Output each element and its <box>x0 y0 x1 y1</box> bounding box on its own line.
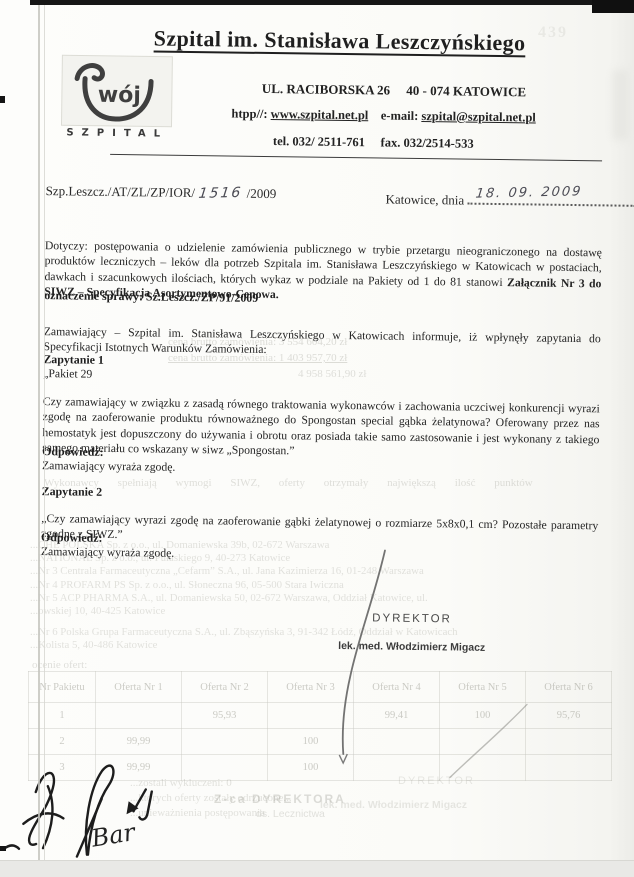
handwritten-initials <box>3 764 152 867</box>
answer-2-label: Odpowiedź: <box>41 530 103 546</box>
signature-stroke-end <box>339 754 347 763</box>
phone-fax-line: tel. 032/ 2511-761 fax. 032/2514-533 <box>148 132 598 153</box>
reference-number-handwritten: 1516 <box>194 185 248 202</box>
question-1-text: Czy zamawiający w związku z zasadą równe… <box>42 394 600 463</box>
answer-1-text: Zamawiający wyraża zgodę. <box>42 459 176 474</box>
answer-2-text: Zamawiający wyraża zgodę. <box>41 545 175 560</box>
question-2-text: „Czy zamawiający wyrazi zgodę na zaofero… <box>41 511 598 549</box>
hospital-title: Szpital im. Stanisława Leszczyńskiego <box>69 24 609 57</box>
intro-paragraph: Zamawiający – Szpital im. Stanisława Les… <box>43 324 600 362</box>
reference-suffix: /2009 <box>247 186 277 201</box>
scan-edge-corner <box>592 0 634 13</box>
scanned-letter-page: 439 cena brutto zamówienia: 3 554 604,20… <box>0 0 634 877</box>
scan-edge-top <box>30 0 634 5</box>
signature-title: DYREKTOR <box>322 612 502 626</box>
date-handwritten: 18. 09. 2009 <box>475 184 583 201</box>
scan-edge-mark <box>0 96 5 103</box>
logo-smile-graphic: wój SZPITAL <box>60 54 173 139</box>
email-label: e-mail: <box>381 108 419 122</box>
web-prefix: htpp//: <box>231 107 267 121</box>
scan-edge-mark <box>0 846 6 851</box>
header-divider <box>110 154 602 161</box>
stray-pen-stroke <box>450 703 527 778</box>
logo-word: wój <box>98 83 141 109</box>
scan-edge-bottom <box>0 860 634 877</box>
signature-name: lek. med. Włodzimierz Migacz <box>292 639 532 654</box>
contact-line: htpp//: www.szpital.net.pl e-mail: szpit… <box>149 105 619 126</box>
page-fold-line <box>38 5 45 860</box>
reference-number: Szp.Leszcz./AT/ZL/ZP/IOR/1516/2009 <box>46 183 277 202</box>
arrow-mark <box>126 801 138 814</box>
website-url: www.szpital.net.pl <box>271 107 369 122</box>
handwritten-note: Bar <box>89 818 139 853</box>
hospital-logo: wój SZPITAL <box>60 54 173 139</box>
email-address: szpital@szpital.net.pl <box>421 109 536 124</box>
question-1-package: „Pakiet 29 <box>43 367 92 381</box>
date-dotted-line: 18. 09. 2009 <box>467 189 634 207</box>
answer-1-label: Odpowiedź: <box>42 444 104 460</box>
question-2-heading: Zapytanie 2 <box>42 484 103 500</box>
place-date-line: Katowice, dnia 18. 09. 2009 r. <box>385 188 634 211</box>
hospital-address: UL. RACIBORSKA 26 40 - 074 KATOWICE <box>179 80 609 102</box>
reference-prefix: Szp.Leszcz./AT/ZL/ZP/IOR/ <box>46 183 196 200</box>
question-1-heading: Zapytanie 1 <box>43 352 104 368</box>
place-date-label: Katowice, dnia <box>385 192 464 208</box>
letter-content: Szpital im. Stanisława Leszczyńskiego wó… <box>0 0 634 877</box>
case-reference: oznaczenie sprawy: Sz.Leszcz./ZP/91/2009 <box>44 288 258 306</box>
